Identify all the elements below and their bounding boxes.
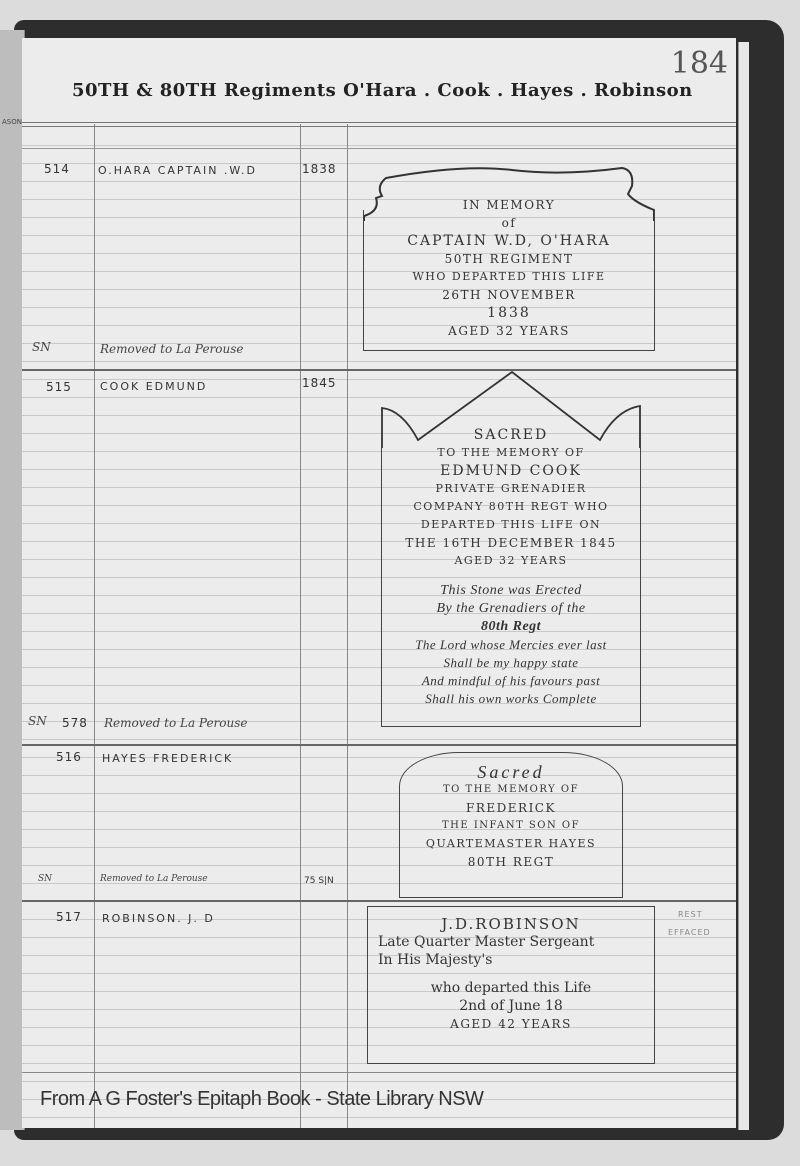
epitaph-line: The Lord whose Mercies ever last: [382, 636, 640, 654]
side-note: REST: [678, 910, 703, 919]
entry-mark: SN: [32, 340, 51, 354]
epitaph-line: And mindful of his favours past: [382, 672, 640, 690]
entry-name: HAYES FREDERICK: [102, 752, 233, 765]
headstone-line: QUARTEMASTER HAYES: [400, 835, 622, 853]
column-rule-name: [300, 124, 301, 1128]
entry-extra: 75 S|N: [304, 876, 334, 886]
entry-note: Removed to La Perouse: [104, 716, 248, 730]
headstone-line: COMPANY 80TH REGT WHO: [382, 498, 640, 516]
headstone-line: 1838: [364, 304, 654, 322]
side-note: EFFACED: [668, 928, 711, 937]
left-page-fragment: ASON: [2, 118, 22, 126]
headstone-line: of: [364, 214, 654, 232]
page-edge-right: [738, 42, 749, 1130]
headstone-line: Sacred: [400, 763, 622, 781]
entry-number: 517: [56, 910, 82, 924]
epitaph-line: This Stone was Erected: [382, 582, 640, 600]
column-rule-year: [347, 124, 348, 1128]
headstone-line: FREDERICK: [400, 799, 622, 817]
headstone-line: 26TH NOVEMBER: [364, 286, 654, 304]
entry-number: 515: [46, 380, 72, 394]
entry-divider: [22, 744, 736, 746]
headstone-cook: SACRED TO THE MEMORY OF EDMUND COOK PRIV…: [381, 438, 641, 727]
headstone-line: In His Majesty's: [368, 951, 654, 969]
entry-year: 1845: [302, 376, 337, 390]
header-subrule: [22, 148, 736, 149]
headstone-line: THE INFANT SON OF: [400, 817, 622, 835]
epitaph-line: By the Grenadiers of the: [382, 600, 640, 618]
page-title: 50TH & 80TH Regiments O'Hara . Cook . Ha…: [72, 80, 693, 101]
headstone-line: EDMUND COOK: [382, 462, 640, 480]
page-number: 184: [671, 46, 728, 81]
headstone-line: DEPARTED THIS LIFE ON: [382, 516, 640, 534]
headstone-ohara: IN MEMORY of CAPTAIN W.D, O'HARA 50TH RE…: [363, 210, 655, 351]
entry-mark: SN: [38, 874, 52, 884]
headstone-robinson: J.D.ROBINSON Late Quarter Master Sergean…: [367, 906, 655, 1064]
entry-note: Removed to La Perouse: [100, 342, 244, 356]
entry-divider: [22, 900, 736, 902]
headstone-hayes: Sacred TO THE MEMORY OF FREDERICK THE IN…: [399, 752, 623, 898]
source-caption: From A G Foster's Epitaph Book - State L…: [40, 1088, 483, 1111]
headstone-line: [368, 969, 654, 979]
headstone-line: 50TH REGIMENT: [364, 250, 654, 268]
entry-year: 1838: [302, 162, 337, 176]
epitaph-line: 80th Regt: [382, 618, 640, 636]
ledger-page: 184 50TH & 80TH Regiments O'Hara . Cook …: [22, 38, 736, 1128]
footer-rule: [22, 1072, 736, 1073]
headstone-line: SACRED: [382, 426, 640, 444]
headstone-line: TO THE MEMORY OF: [400, 781, 622, 799]
headstone-line: THE 16TH DECEMBER 1845: [382, 534, 640, 552]
headstone-line: TO THE MEMORY OF: [382, 444, 640, 462]
headstone-line: AGED 32 YEARS: [382, 552, 640, 570]
entry-number: 516: [56, 750, 82, 764]
entry-note: Removed to La Perouse: [100, 874, 208, 884]
spacer: [382, 570, 640, 582]
headstone-line: AGED 32 YEARS: [364, 322, 654, 340]
epitaph-line: Shall his own works Complete: [382, 690, 640, 708]
entry-name: O.HARA CAPTAIN .W.D: [98, 164, 257, 177]
page-header: 184 50TH & 80TH Regiments O'Hara . Cook …: [22, 38, 736, 126]
headstone-line: AGED 42 YEARS: [368, 1015, 654, 1033]
entry-name: COOK EDMUND: [100, 380, 207, 393]
entry-mark-number: 578: [62, 716, 88, 730]
headstone-line: 80TH REGT: [400, 853, 622, 871]
epitaph-line: Shall be my happy state: [382, 654, 640, 672]
entry-name: ROBINSON. J. D: [102, 912, 215, 925]
headstone-line: WHO DEPARTED THIS LIFE: [364, 268, 654, 286]
headstone-line: who departed this Life: [368, 979, 654, 997]
headstone-line: 2nd of June 18: [368, 997, 654, 1015]
headstone-line: Late Quarter Master Sergeant: [368, 933, 654, 951]
headstone-line: IN MEMORY: [364, 196, 654, 214]
headstone-line: CAPTAIN W.D, O'HARA: [364, 232, 654, 250]
headstone-line: PRIVATE GRENADIER: [382, 480, 640, 498]
headstone-line: J.D.ROBINSON: [368, 915, 654, 933]
header-rule: [22, 122, 736, 127]
entry-number: 514: [44, 162, 70, 176]
column-rule-number: [94, 124, 95, 1128]
entry-mark: SN: [28, 714, 47, 728]
